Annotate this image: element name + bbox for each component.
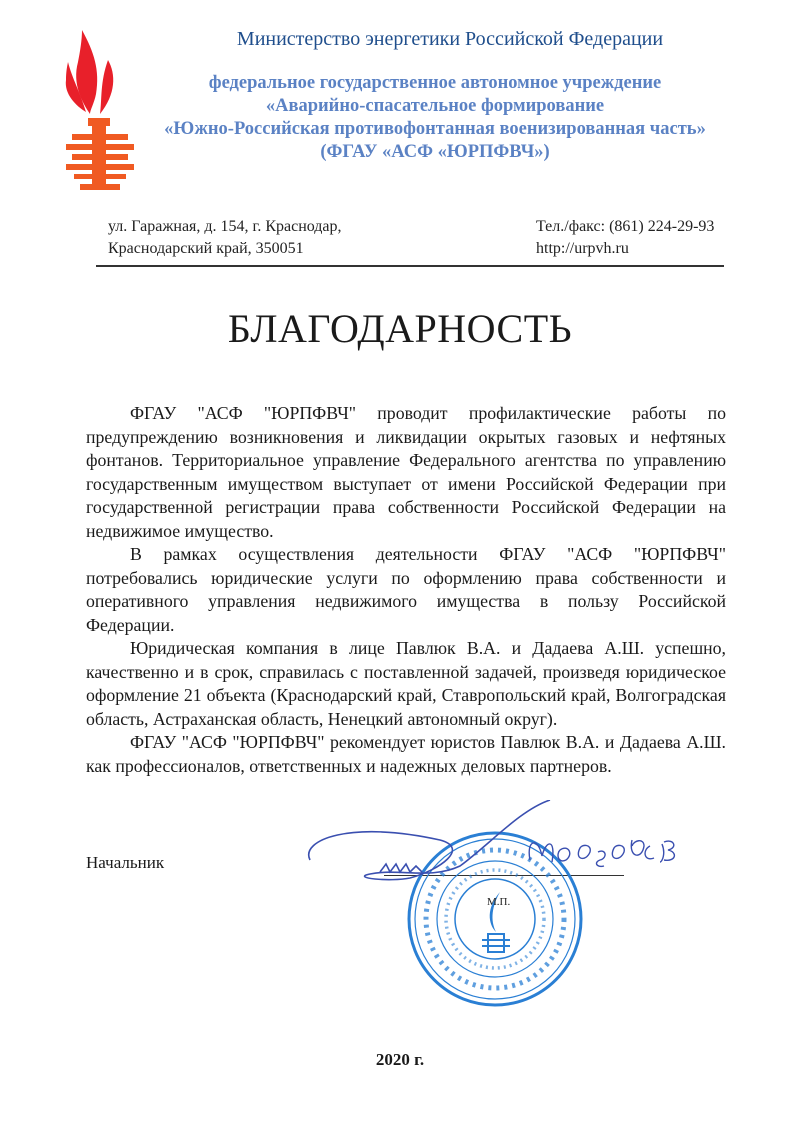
address-line: Краснодарский край, 350051 [108,238,342,260]
org-line: «Аварийно-спасательное формирование [100,95,770,118]
document-title: БЛАГОДАРНОСТЬ [0,305,800,352]
postal-address: ул. Гаражная, д. 154, г. Краснодар, Крас… [108,216,342,260]
paragraph: ФГАУ "АСФ "ЮРПФВЧ" рекомендует юристов П… [86,731,726,778]
website-link[interactable]: http://urpvh.ru [536,238,714,260]
letter-body: ФГАУ "АСФ "ЮРПФВЧ" проводит профилактиче… [86,402,726,778]
org-line: (ФГАУ «АСФ «ЮРПФВЧ») [100,141,770,164]
paragraph: ФГАУ "АСФ "ЮРПФВЧ" проводит профилактиче… [86,402,726,543]
document-year: 2020 г. [0,1050,800,1070]
contact-info: Тел./факс: (861) 224-29-93 http://urpvh.… [536,216,714,260]
paragraph: В рамках осуществления деятельности ФГАУ… [86,543,726,637]
handwritten-signature-icon [290,800,700,910]
org-line: федеральное государственное автономное у… [100,72,770,95]
address-line: ул. Гаражная, д. 154, г. Краснодар, [108,216,342,238]
paragraph: Юридическая компания в лице Павлюк В.А. … [86,637,726,731]
org-line: «Южно-Российская противофонтанная воениз… [100,118,770,141]
ministry-name: Министерство энергетики Российской Федер… [150,28,750,51]
organization-name: федеральное государственное автономное у… [100,72,770,164]
header-divider [96,265,724,267]
phone-fax: Тел./факс: (861) 224-29-93 [536,216,714,238]
signer-position: Начальник [86,853,164,873]
